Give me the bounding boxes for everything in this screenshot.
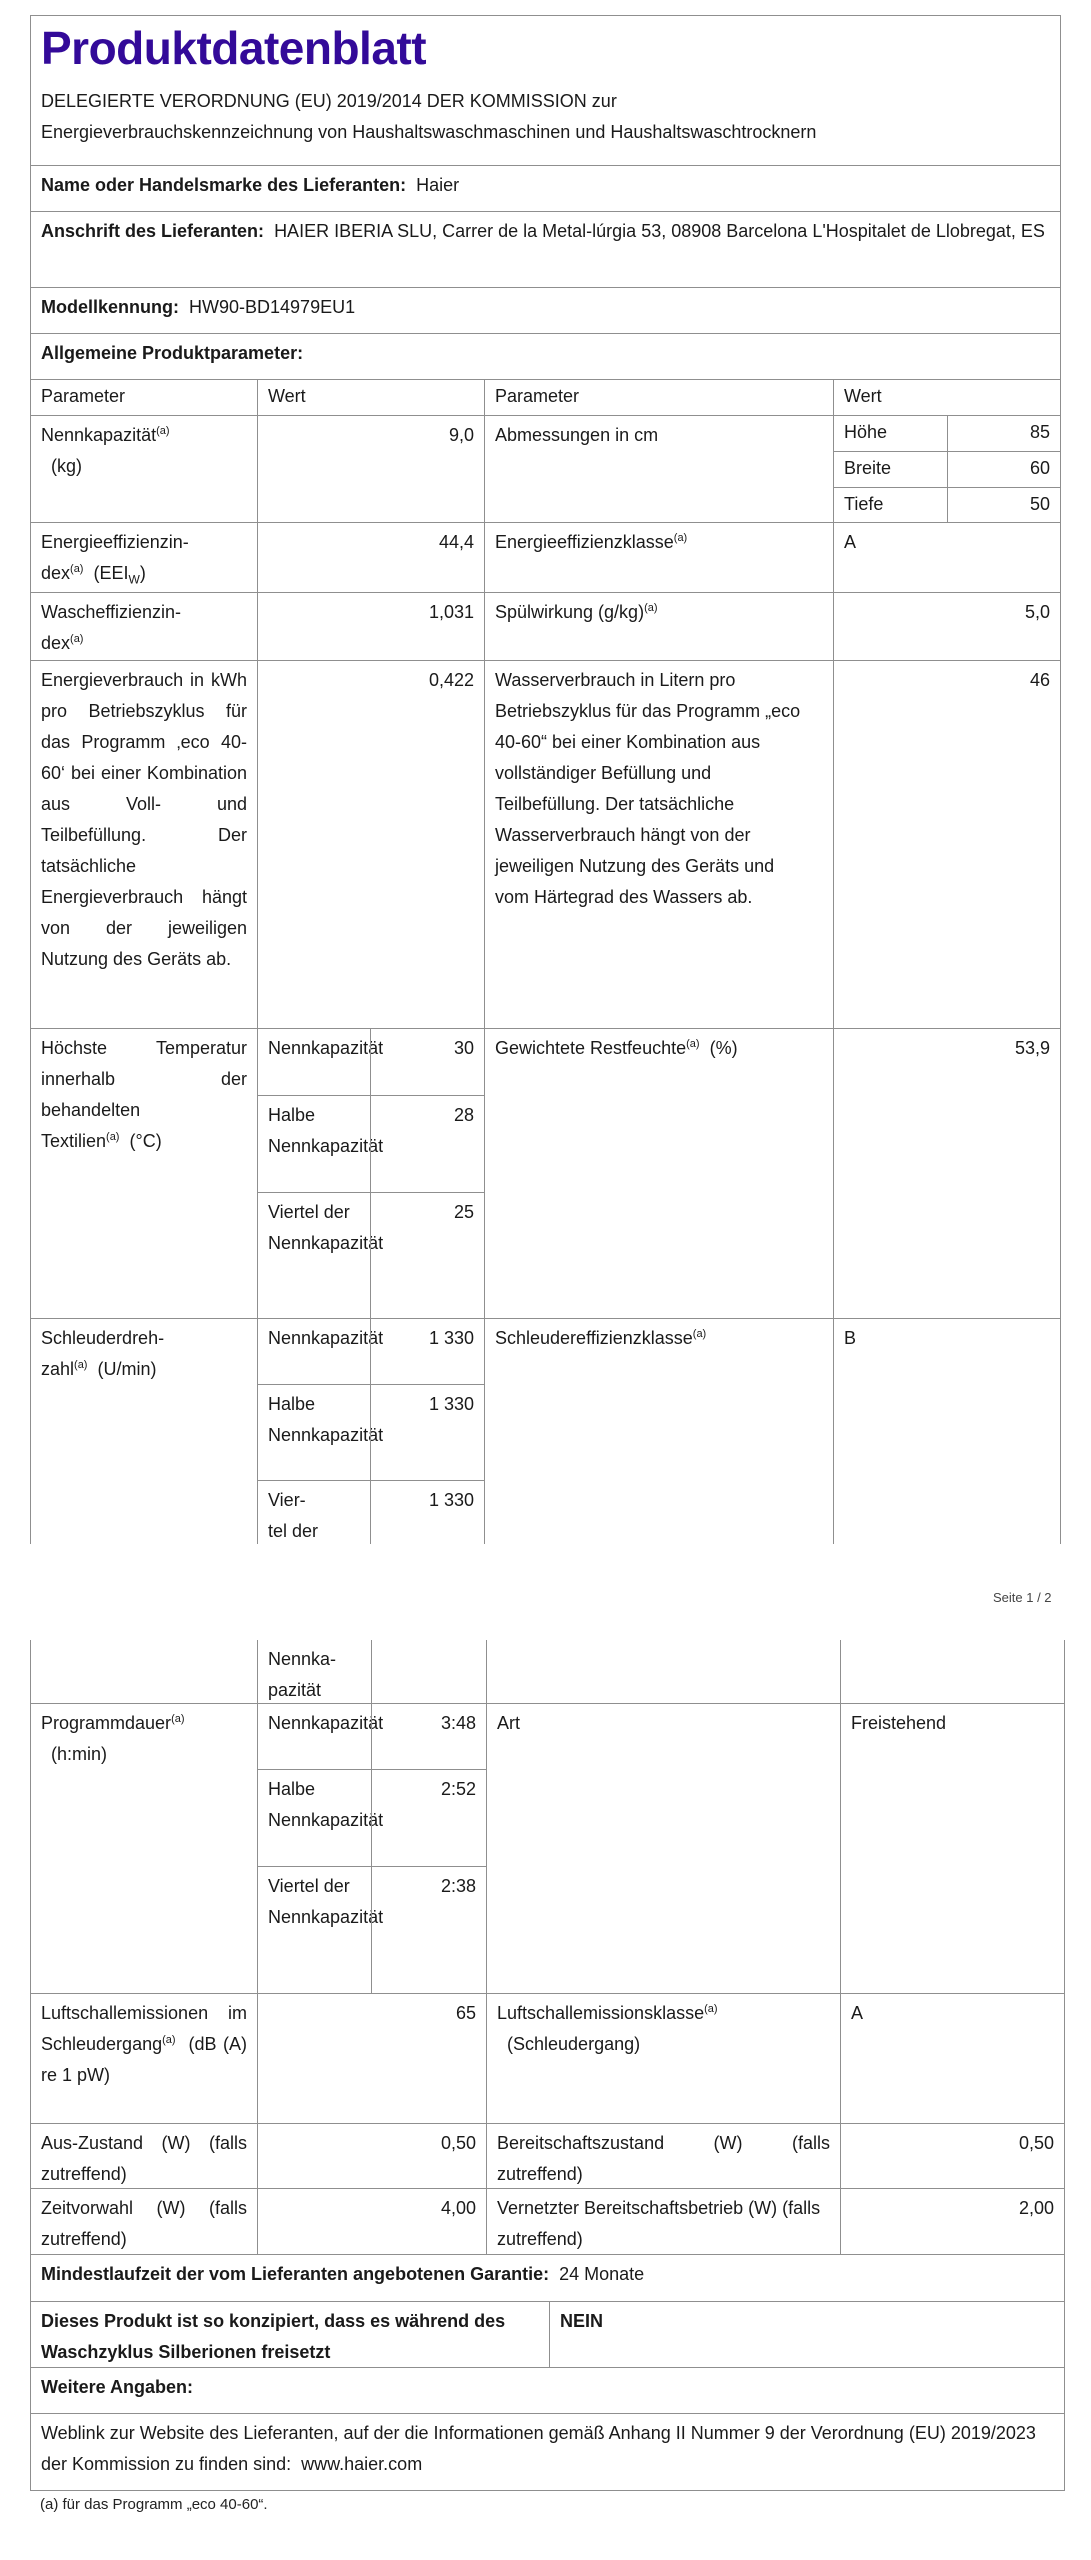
spin-class-label-cont [486, 1640, 841, 1704]
spin-half-value: 1 330 [370, 1384, 485, 1481]
network-standby-label: Vernetzter Bereitschaftsbetrieb (W) (fal… [486, 2188, 841, 2255]
dimension-depth-value: 50 [947, 487, 1061, 523]
spin-full-label: Nennkapazität [257, 1318, 371, 1385]
programme-duration-label: Programmdauer(a) (h:min) [30, 1703, 258, 1994]
noise-class-value: A [840, 1993, 1065, 2124]
dimension-height-value: 85 [947, 415, 1061, 452]
spin-quarter-label-part1: Vier-tel der [257, 1480, 371, 1544]
spin-quarter-value: 1 330 [370, 1480, 485, 1544]
spin-class-value: B [833, 1318, 1061, 1544]
energy-class-value: A [833, 522, 1061, 593]
model-value: HW90-BD14979EU1 [189, 297, 355, 317]
noise-label: Luftschallemissionen im Schleudergang(a)… [30, 1993, 258, 2124]
footnote: (a) für das Programm „eco 40-60“. [40, 2496, 268, 2513]
water-consumption-value: 46 [833, 660, 1061, 1029]
noise-value: 65 [257, 1993, 487, 2124]
header-block: Produktdatenblatt DELEGIERTE VERORDNUNG … [30, 15, 1061, 166]
max-temp-quarter-value: 25 [370, 1192, 485, 1319]
col-header-value-1: Wert [257, 379, 485, 416]
warranty-row: Mindestlaufzeit der vom Lieferanten ange… [30, 2254, 1065, 2302]
duration-quarter-label: Viertel der Nennkapazität [257, 1866, 372, 1994]
supplier-name-value: Haier [416, 175, 459, 195]
energy-consumption-label: Energieverbrauch in kWh pro Betriebszykl… [30, 660, 258, 1029]
dimensions-label: Abmessungen in cm [484, 415, 834, 523]
spin-speed-label-cont [30, 1640, 258, 1704]
water-consumption-label: Wasserverbrauch in Litern pro Betriebszy… [484, 660, 834, 1029]
duration-half-value: 2:52 [371, 1769, 487, 1867]
dimension-width-label: Breite [833, 451, 948, 488]
rated-capacity-value: 9,0 [257, 415, 485, 523]
warranty-value: 24 Monate [559, 2264, 644, 2284]
standby-label: Bereitschaftszustand (W) (falls zutreffe… [486, 2123, 841, 2189]
supplier-name-label: Name oder Handelsmarke des Lieferanten: [41, 175, 406, 195]
off-mode-label: Aus-Zustand (W) (falls zutreffend) [30, 2123, 258, 2189]
duration-full-value: 3:48 [371, 1703, 487, 1770]
regulation-line-2: Energieverbrauchskennzeichnung von Haush… [41, 117, 1050, 148]
supplier-address-label: Anschrift des Lieferanten: [41, 221, 264, 241]
page-title: Produktdatenblatt [41, 22, 1050, 74]
type-value: Freistehend [840, 1703, 1065, 1994]
spin-quarter-value-cont [371, 1640, 487, 1704]
network-standby-value: 2,00 [840, 2188, 1065, 2255]
duration-quarter-value: 2:38 [371, 1866, 487, 1994]
spin-full-value: 1 330 [370, 1318, 485, 1385]
supplier-name-row: Name oder Handelsmarke des Lieferanten: … [30, 165, 1061, 212]
remaining-moisture-value: 53,9 [833, 1028, 1061, 1319]
noise-class-label: Luftschallemissionsklasse(a) (Schleuderg… [486, 1993, 841, 2124]
spin-class-label: Schleudereffizienzklasse(a) [484, 1318, 834, 1544]
standby-value: 0,50 [840, 2123, 1065, 2189]
further-info-heading: Weitere Angaben: [30, 2367, 1065, 2414]
energy-consumption-value: 0,422 [257, 660, 485, 1029]
spin-class-value-cont [840, 1640, 1065, 1704]
delay-start-value: 4,00 [257, 2188, 487, 2255]
max-temp-full-label: Nennkapazität [257, 1028, 371, 1096]
spin-quarter-label-part2: Nennka-pazität [257, 1640, 372, 1704]
weblink-text: Weblink zur Website des Lieferanten, auf… [41, 2423, 1036, 2474]
model-label: Modellkennung: [41, 297, 179, 317]
supplier-address-value: HAIER IBERIA SLU, Carrer de la Metal-lúr… [274, 221, 1045, 241]
page-number: Seite 1 / 2 [993, 1590, 1052, 1605]
wash-index-value: 1,031 [257, 592, 485, 661]
off-mode-value: 0,50 [257, 2123, 487, 2189]
col-header-parameter-1: Parameter [30, 379, 258, 416]
rinsing-label: Spülwirkung (g/kg)(a) [484, 592, 834, 661]
rinsing-value: 5,0 [833, 592, 1061, 661]
dimension-height-label: Höhe [833, 415, 948, 452]
dimension-width-value: 60 [947, 451, 1061, 488]
model-row: Modellkennung: HW90-BD14979EU1 [30, 287, 1061, 334]
max-temp-quarter-label: Viertel der Nennkapazität [257, 1192, 371, 1319]
duration-half-label: Halbe Nennkapazität [257, 1769, 372, 1867]
duration-full-label: Nennkapazität [257, 1703, 372, 1770]
col-header-parameter-2: Parameter [484, 379, 834, 416]
max-temperature-label: Höchste Temperatur innerhalb der behande… [30, 1028, 258, 1319]
max-temp-half-value: 28 [370, 1095, 485, 1193]
max-temp-full-value: 30 [370, 1028, 485, 1096]
weblink-url[interactable]: www.haier.com [301, 2454, 422, 2474]
col-header-value-2: Wert [833, 379, 1061, 416]
silver-ions-value: NEIN [549, 2301, 1065, 2368]
eei-value: 44,4 [257, 522, 485, 593]
supplier-address-row: Anschrift des Lieferanten: HAIER IBERIA … [30, 211, 1061, 288]
dimension-depth-label: Tiefe [833, 487, 948, 523]
spin-speed-label: Schleuderdreh- zahl(a) (U/min) [30, 1318, 258, 1544]
energy-class-label: Energieeffizienzklasse(a) [484, 522, 834, 593]
silver-ions-label: Dieses Produkt ist so konzipiert, dass e… [30, 2301, 550, 2368]
eei-label: Energieeffizienzin- dex(a) (EEIW) [30, 522, 258, 593]
max-temp-half-label: Halbe Nennkapazität [257, 1095, 371, 1193]
regulation-line-1: DELEGIERTE VERORDNUNG (EU) 2019/2014 DER… [41, 86, 1050, 117]
delay-start-label: Zeitvorwahl (W) (falls zutreffend) [30, 2188, 258, 2255]
warranty-label: Mindestlaufzeit der vom Lieferanten ange… [41, 2264, 549, 2284]
weblink-row: Weblink zur Website des Lieferanten, auf… [30, 2413, 1065, 2491]
rated-capacity-label: Nennkapazität(a) (kg) [30, 415, 258, 523]
remaining-moisture-label: Gewichtete Restfeuchte(a) (%) [484, 1028, 834, 1319]
general-parameters-heading: Allgemeine Produktparameter: [30, 333, 1061, 380]
wash-index-label: Wascheffizienzin- dex(a) [30, 592, 258, 661]
spin-half-label: Halbe Nennkapazität [257, 1384, 371, 1481]
type-label: Art [486, 1703, 841, 1994]
